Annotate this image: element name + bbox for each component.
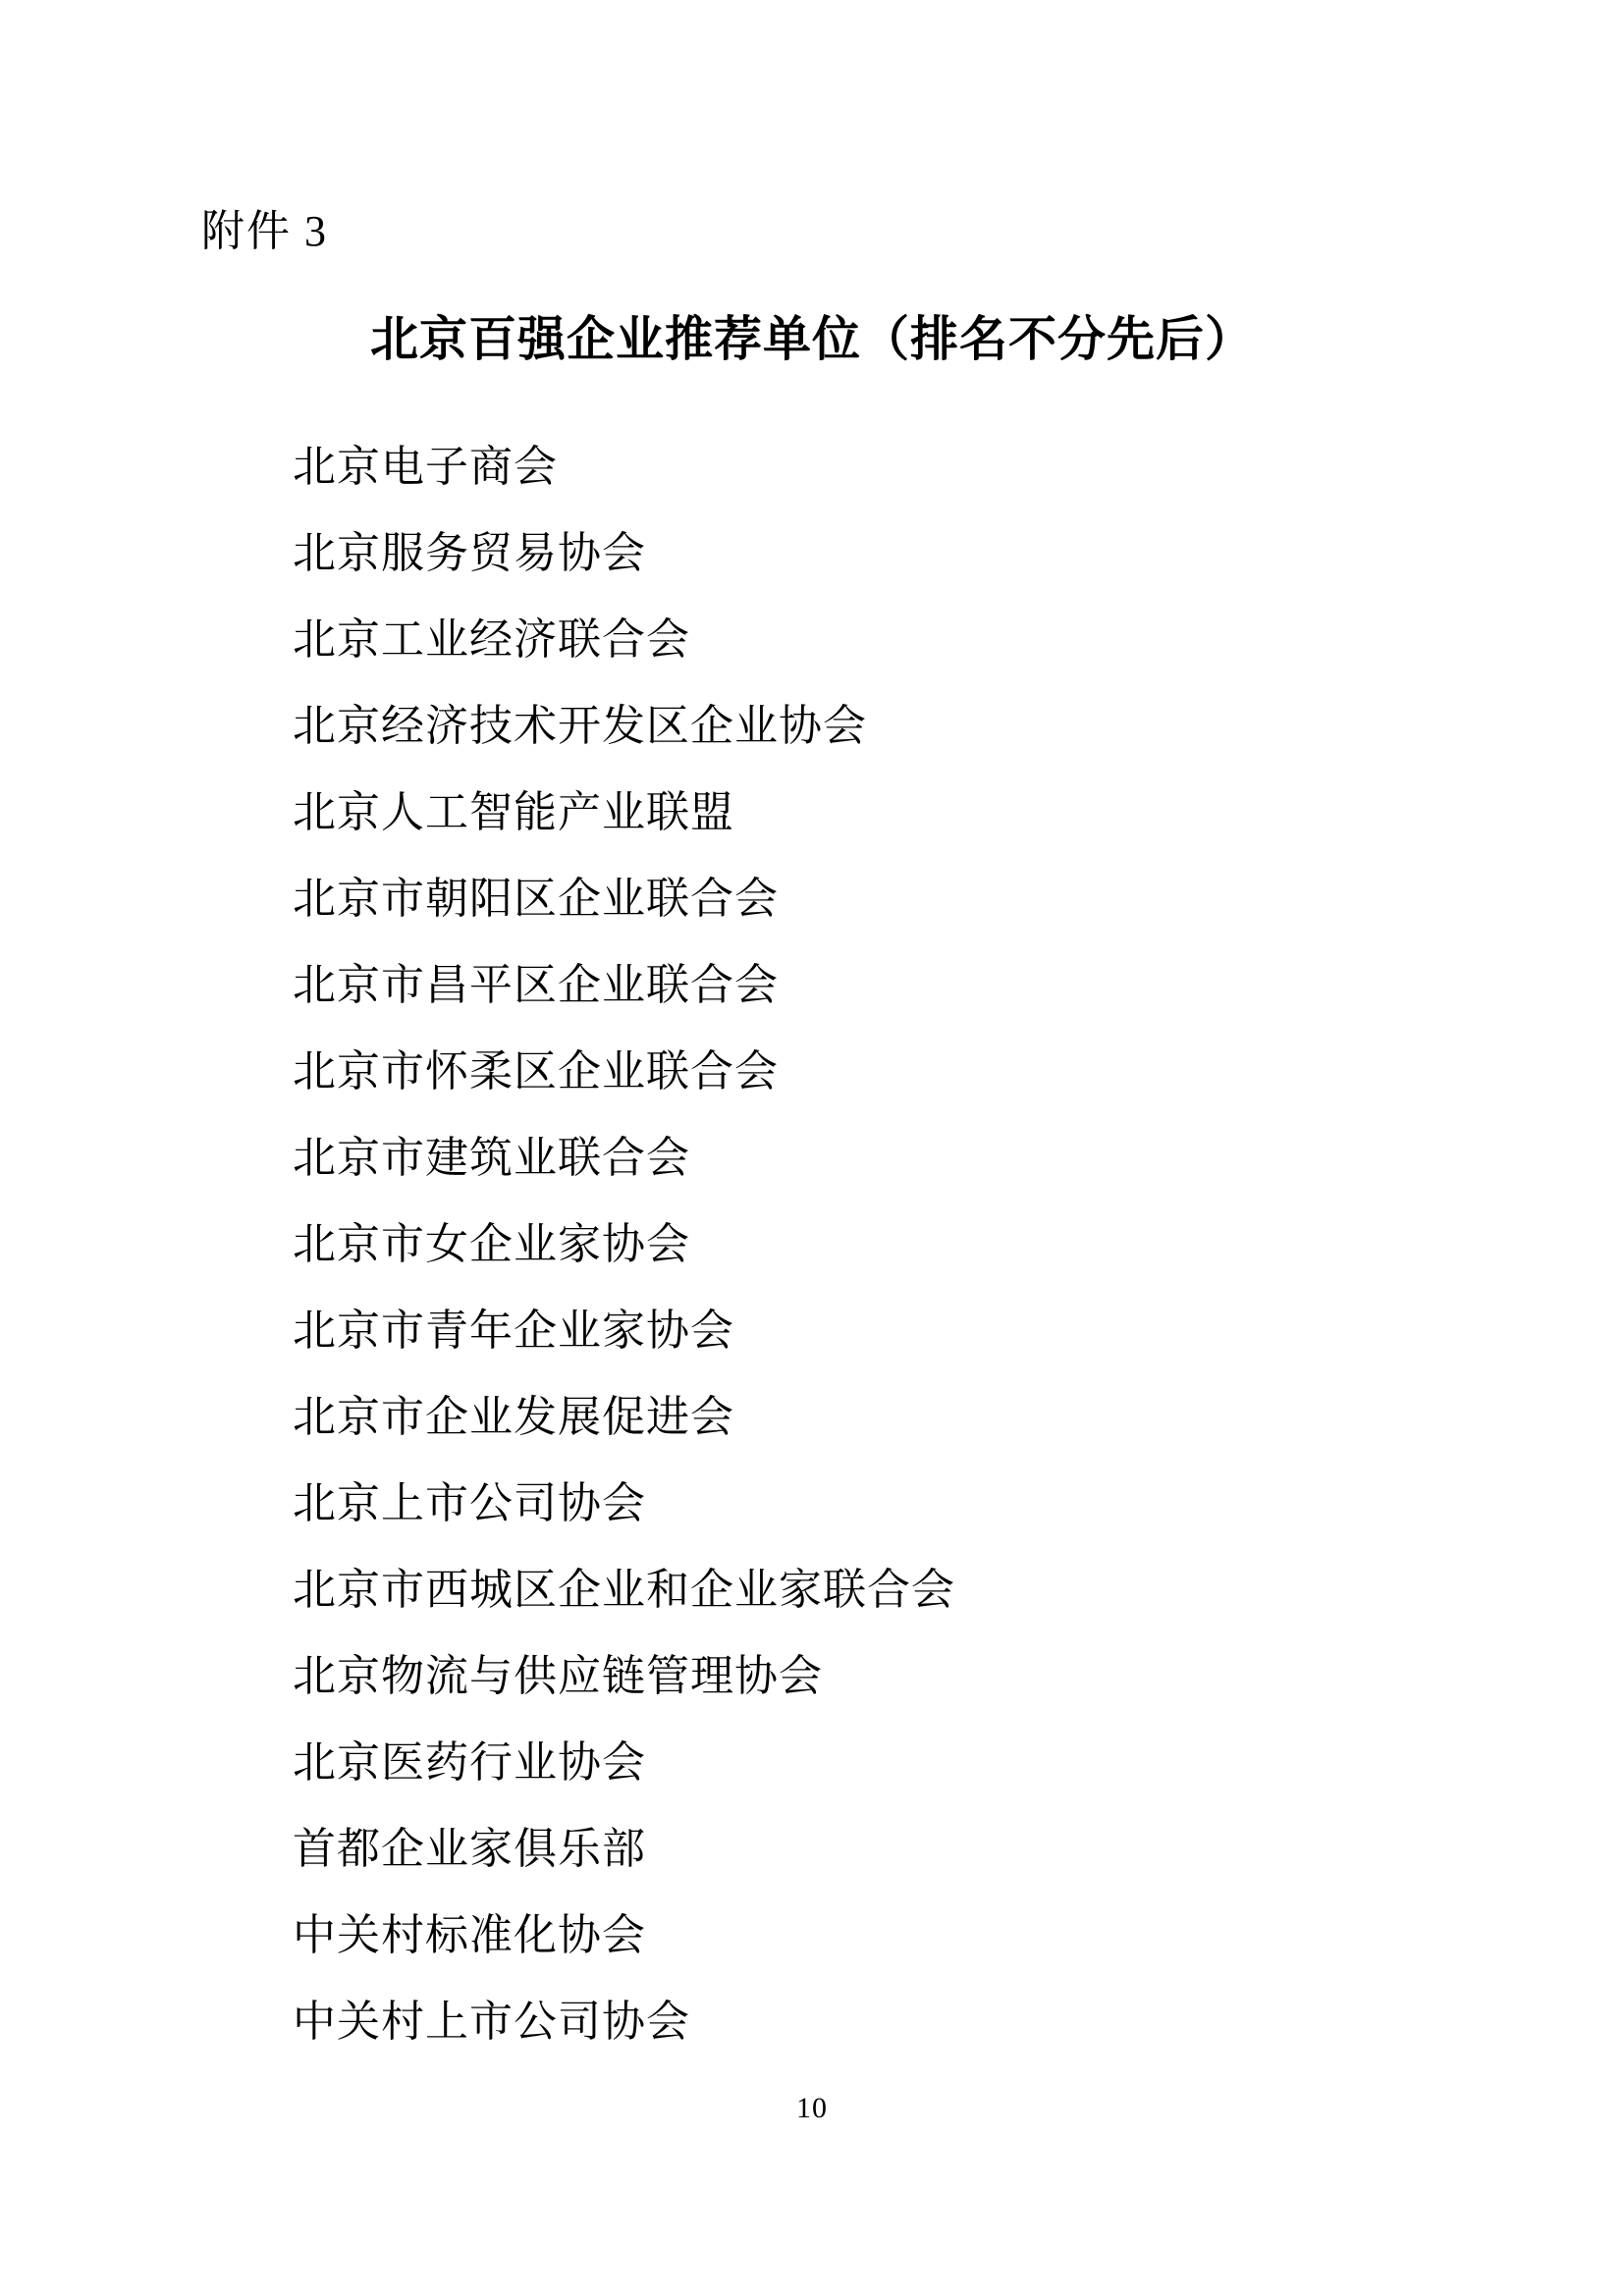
organization-list-item: 中关村上市公司协会 bbox=[293, 1979, 955, 2065]
organization-list-item: 北京市企业发展促进会 bbox=[293, 1374, 955, 1461]
organization-list-item: 北京工业经济联合会 bbox=[293, 597, 955, 683]
organization-list-item: 首都企业家俱乐部 bbox=[293, 1806, 955, 1893]
organization-list-item: 北京市朝阳区企业联合会 bbox=[293, 856, 955, 942]
organization-list-item: 中关村标准化协会 bbox=[293, 1893, 955, 1979]
organization-list-item: 北京市昌平区企业联合会 bbox=[293, 942, 955, 1029]
organization-list-item: 北京市青年企业家协会 bbox=[293, 1288, 955, 1374]
document-title: 北京百强企业推荐单位（排名不分先后） bbox=[0, 312, 1624, 367]
organization-list-item: 北京市怀柔区企业联合会 bbox=[293, 1029, 955, 1115]
organization-list-item: 北京市女企业家协会 bbox=[293, 1201, 955, 1288]
page-number: 10 bbox=[0, 2092, 1624, 2125]
organization-list-item: 北京医药行业协会 bbox=[293, 1720, 955, 1806]
organization-list: 北京电子商会北京服务贸易协会北京工业经济联合会北京经济技术开发区企业协会北京人工… bbox=[293, 424, 955, 2065]
organization-list-item: 北京物流与供应链管理协会 bbox=[293, 1633, 955, 1720]
organization-list-item: 北京经济技术开发区企业协会 bbox=[293, 683, 955, 770]
attachment-label: 附件 3 bbox=[201, 208, 328, 255]
organization-list-item: 北京市西城区企业和企业家联合会 bbox=[293, 1547, 955, 1633]
document-page: 附件 3 北京百强企业推荐单位（排名不分先后） 北京电子商会北京服务贸易协会北京… bbox=[0, 0, 1624, 2296]
organization-list-item: 北京市建筑业联合会 bbox=[293, 1115, 955, 1201]
organization-list-item: 北京人工智能产业联盟 bbox=[293, 770, 955, 856]
organization-list-item: 北京服务贸易协会 bbox=[293, 510, 955, 597]
organization-list-item: 北京上市公司协会 bbox=[293, 1461, 955, 1547]
organization-list-item: 北京电子商会 bbox=[293, 424, 955, 510]
